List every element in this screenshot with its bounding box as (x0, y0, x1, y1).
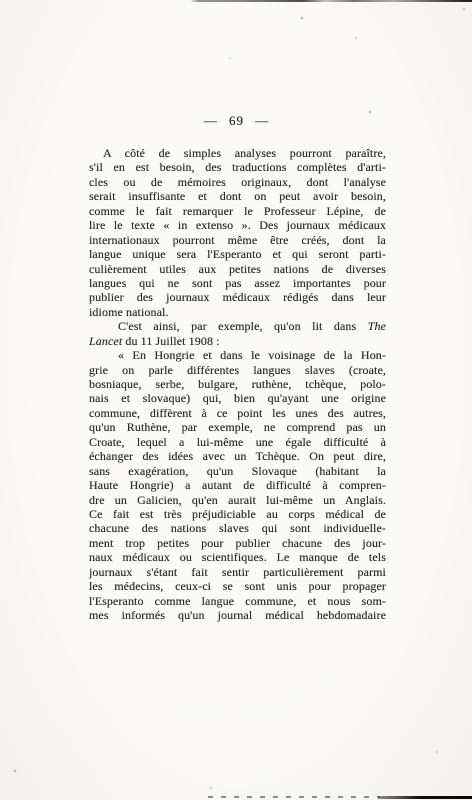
scan-artifact-bottom-edge (378, 796, 472, 799)
text-line: A côté de simples analyses pourront para… (89, 146, 386, 160)
text-line: grie on parle différentes langues slaves… (89, 363, 386, 377)
text-line: serait insuffisante et dont on peut avoi… (89, 189, 386, 203)
scan-specks (0, 0, 2, 2)
page-body: A côté de simples analyses pourront para… (89, 146, 386, 622)
text-line: dre un Galicien, qu'en aurait lui-même u… (89, 493, 386, 507)
text-line: qu'un Ruthène, par exemple, ne comprend … (89, 420, 386, 434)
text-line: langues qui ne sont pas assez importante… (89, 276, 386, 290)
text-line: lire le texte « in extenso ». Des journa… (89, 218, 386, 232)
text-line: chacune des nations slaves qui sont indi… (89, 521, 386, 535)
text-line: « En Hongrie et dans le voisinage de la … (89, 348, 386, 362)
text-line: nais et slovaque) qui, bien qu'ayant une… (89, 391, 386, 405)
text-line: sans exagération, qu'un Slovaque (habita… (89, 464, 386, 478)
text-line: idiome national. (89, 305, 386, 319)
italic-text-segment: The (368, 319, 386, 333)
text-line: échanger des idées avec un Tchèque. On p… (89, 449, 386, 463)
page-number-header: — 69 — (88, 113, 385, 129)
text-segment: C'est ainsi, par exemple, qu'on lit dans (118, 319, 368, 333)
text-line: internationaux pourront même être créés,… (89, 233, 386, 247)
text-line: Ce fait est très préjudiciable au corps … (89, 507, 386, 521)
text-line: cles ou de mémoires originaux, dont l'an… (89, 175, 386, 189)
text-line: les médecins, ceux-ci se sont unis pour … (89, 579, 386, 593)
text-line: l'Esperanto comme langue commune, et nou… (89, 594, 386, 608)
text-line: naux médicaux ou scientifiques. Le manqu… (89, 550, 386, 564)
text-line: ment trop petites pour publier chacune d… (89, 536, 386, 550)
italic-text-segment: Lancet (89, 334, 122, 348)
text-line: Croate, lequel a lui-même une égale diff… (89, 435, 386, 449)
text-line: Haute Hongrie) a autant de difficulté à … (89, 478, 386, 492)
scan-artifact-bottom-dashes (208, 796, 380, 798)
text-line: mes informés qu'un journal médical hebdo… (89, 608, 386, 622)
text-line: culièrement utiles aux petites nations d… (89, 262, 386, 276)
text-line: C'est ainsi, par exemple, qu'on lit dans… (89, 319, 386, 333)
scan-artifact-top-edge (190, 0, 472, 2)
text-line: commune, diffèrent à ce point les unes d… (89, 406, 386, 420)
text-line: comme le fait remarquer le Professeur Lé… (89, 204, 386, 218)
text-line: publier des journaux médicaux rédigés da… (89, 290, 386, 304)
scanned-book-page: — 69 — A côté de simples analyses pourro… (0, 0, 472, 800)
text-line: journaux s'étant fait sentir particulièr… (89, 565, 386, 579)
text-line: Lancet du 11 Juillet 1908 : (89, 334, 386, 348)
text-line: s'il en est besoin, des traductions comp… (89, 160, 386, 174)
text-segment: du 11 Juillet 1908 : (122, 334, 219, 348)
text-line: bosniaque, serbe, bulgare, ruthène, tchè… (89, 377, 386, 391)
text-line: langue unique sera l'Esperanto et qui se… (89, 247, 386, 261)
